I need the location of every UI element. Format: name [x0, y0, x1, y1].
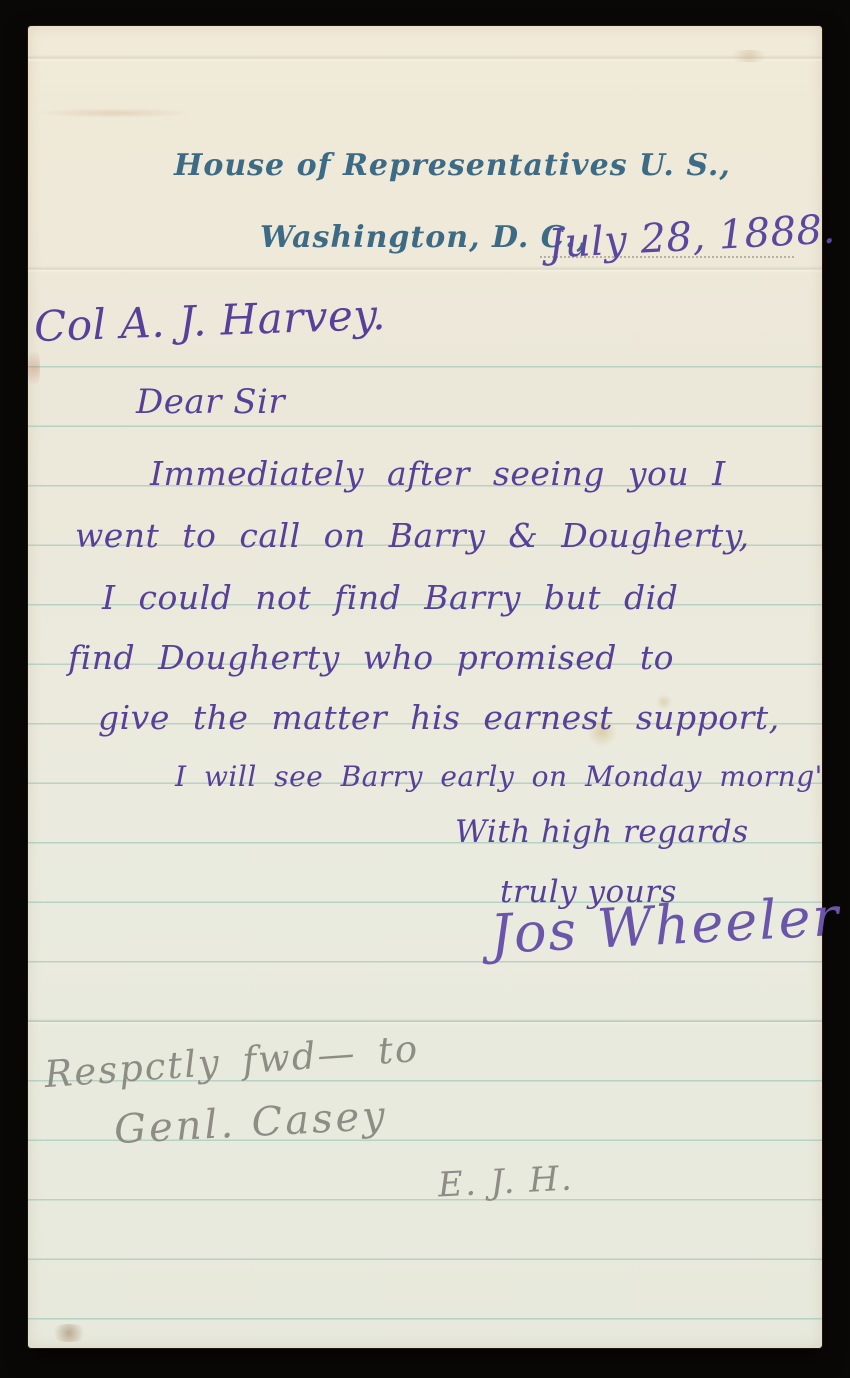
fold-crease-top — [28, 55, 822, 62]
letterhead-institution: House of Representatives U. S., — [174, 148, 731, 183]
foxing-stain — [726, 50, 772, 62]
recipient-line: Col A. J. Harvey. — [33, 290, 386, 351]
fold-crease-lower — [28, 1018, 822, 1025]
ruled-lines — [28, 366, 822, 1348]
salutation-line: Dear Sir — [136, 382, 285, 422]
body-line: find Dougherty who promised to — [68, 638, 674, 677]
foxing-stain — [28, 344, 40, 392]
handwritten-date: July 28, 1888. — [547, 207, 837, 268]
letterhead-city: Washington, D. C., — [260, 220, 588, 255]
photo-background: House of Representatives U. S., Washingt… — [0, 0, 850, 1378]
fold-crease-middle — [28, 266, 822, 273]
foxing-stain — [50, 1324, 88, 1342]
body-line: give the matter his earnest support, — [98, 698, 780, 737]
body-line: Immediately after seeing you I — [150, 454, 726, 493]
body-line: went to call on Barry & Dougherty, — [75, 516, 750, 555]
body-line: I could not find Barry but did — [102, 578, 678, 617]
foxing-stain — [34, 108, 194, 118]
pencil-note-initials: E. J. H. — [437, 1158, 574, 1205]
letter-paper: House of Representatives U. S., Washingt… — [28, 26, 822, 1348]
body-line: I will see Barry early on Monday morng' — [175, 760, 823, 793]
closing-regards: With high regards — [455, 814, 749, 850]
